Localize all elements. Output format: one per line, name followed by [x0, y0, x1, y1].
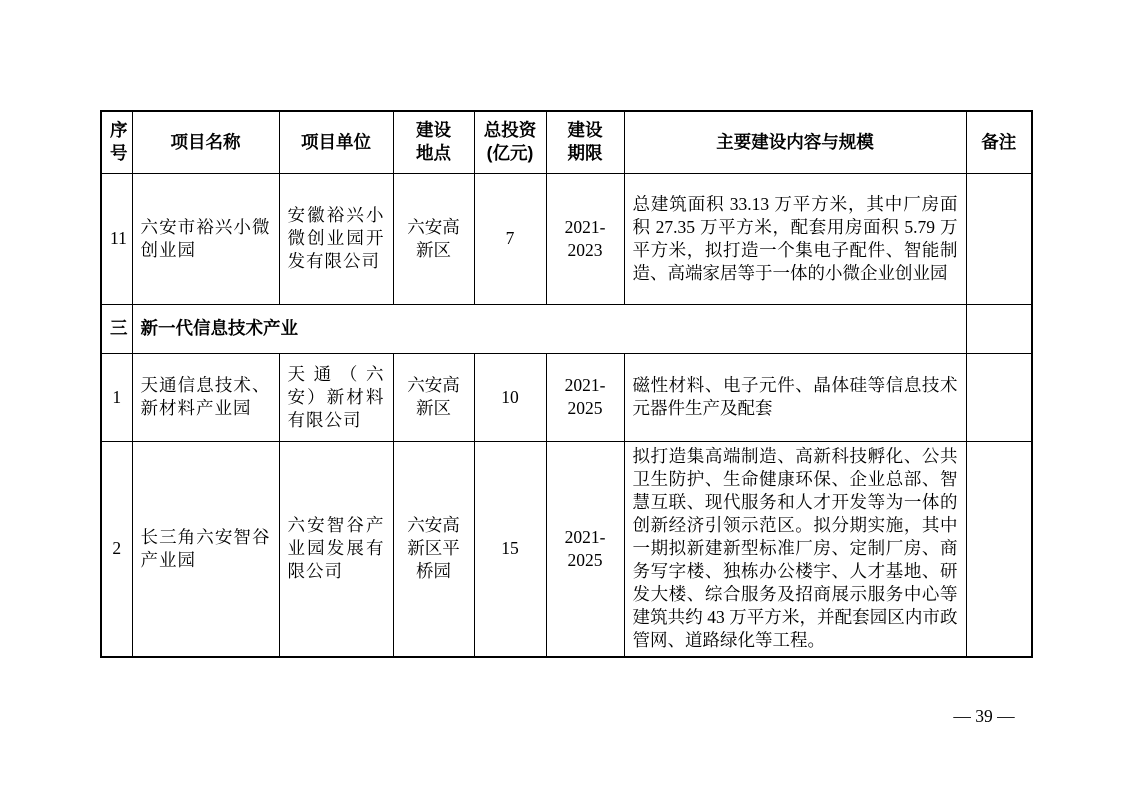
cell-remark	[966, 441, 1032, 657]
col-header-remark: 备注	[966, 111, 1032, 173]
section-title-cell: 新一代信息技术产业	[132, 304, 966, 353]
cell-unit: 安徽裕兴小微创业园开发有限公司	[279, 173, 393, 304]
cell-period: 2021- 2025	[546, 441, 624, 657]
cell-no: 2	[101, 441, 132, 657]
section-row: 三 新一代信息技术产业	[101, 304, 1032, 353]
cell-investment: 15	[474, 441, 546, 657]
cell-period: 2021- 2023	[546, 173, 624, 304]
table-row: 11 六安市裕兴小微创业园 安徽裕兴小微创业园开发有限公司 六安高 新区 7 2…	[101, 173, 1032, 304]
col-header-name: 项目名称	[132, 111, 279, 173]
cell-unit: 天通（六安）新材料有限公司	[279, 353, 393, 441]
cell-no: 1	[101, 353, 132, 441]
col-header-location: 建设 地点	[393, 111, 474, 173]
cell-investment: 7	[474, 173, 546, 304]
page-number: — 39 —	[938, 705, 1030, 727]
table-row: 2 长三角六安智谷产业园 六安智谷产业园发展有限公司 六安高 新区平 桥园 15…	[101, 441, 1032, 657]
col-header-content: 主要建设内容与规模	[624, 111, 966, 173]
cell-investment: 10	[474, 353, 546, 441]
cell-location: 六安高 新区	[393, 173, 474, 304]
cell-content: 磁性材料、电子元件、晶体硅等信息技术元器件生产及配套	[624, 353, 966, 441]
section-remark-cell	[966, 304, 1032, 353]
cell-period: 2021- 2025	[546, 353, 624, 441]
cell-content: 拟打造集高端制造、高新科技孵化、公共卫生防护、生命健康环保、企业总部、智慧互联、…	[624, 441, 966, 657]
col-header-unit: 项目单位	[279, 111, 393, 173]
cell-name: 长三角六安智谷产业园	[132, 441, 279, 657]
cell-name: 天通信息技术、新材料产业园	[132, 353, 279, 441]
cell-name: 六安市裕兴小微创业园	[132, 173, 279, 304]
cell-remark	[966, 353, 1032, 441]
cell-no: 11	[101, 173, 132, 304]
cell-location: 六安高 新区平 桥园	[393, 441, 474, 657]
cell-content: 总建筑面积 33.13 万平方米，其中厂房面积 27.35 万平方米，配套用房面…	[624, 173, 966, 304]
col-header-investment: 总投资 (亿元)	[474, 111, 546, 173]
document-page: 序 号 项目名称 项目单位 建设 地点 总投资 (亿元) 建设 期限 主要建设内…	[0, 0, 1122, 793]
col-header-no: 序 号	[101, 111, 132, 173]
cell-unit: 六安智谷产业园发展有限公司	[279, 441, 393, 657]
section-no-cell: 三	[101, 304, 132, 353]
projects-table: 序 号 项目名称 项目单位 建设 地点 总投资 (亿元) 建设 期限 主要建设内…	[100, 110, 1033, 658]
table-row: 1 天通信息技术、新材料产业园 天通（六安）新材料有限公司 六安高 新区 10 …	[101, 353, 1032, 441]
cell-location: 六安高 新区	[393, 353, 474, 441]
cell-remark	[966, 173, 1032, 304]
table-header-row: 序 号 项目名称 项目单位 建设 地点 总投资 (亿元) 建设 期限 主要建设内…	[101, 111, 1032, 173]
col-header-period: 建设 期限	[546, 111, 624, 173]
